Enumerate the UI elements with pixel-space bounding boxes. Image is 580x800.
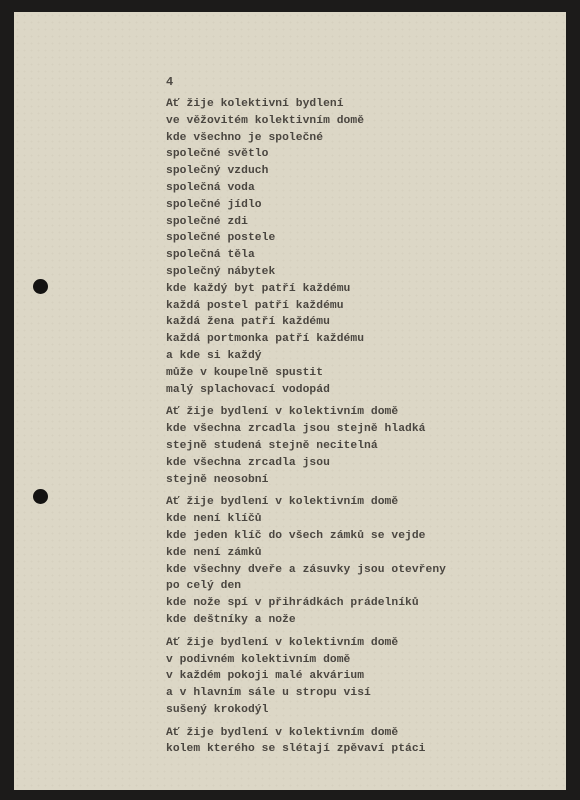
poem-line: každá žena patří každému — [166, 314, 446, 331]
poem-line: kolem kterého se slétají zpěvaví ptáci — [166, 741, 446, 758]
poem-line: ve věžovitém kolektivním domě — [166, 113, 446, 130]
typewritten-page: 4 Ať žije kolektivní bydleníve věžovitém… — [14, 12, 566, 790]
poem-line: Ať žije bydlení v kolektivním domě — [166, 494, 446, 511]
poem-line: každá portmonka patří každému — [166, 331, 446, 348]
punch-hole — [33, 279, 48, 294]
poem-line: společné jídlo — [166, 197, 446, 214]
poem-line: společný vzduch — [166, 163, 446, 180]
poem-line: Ať žije bydlení v kolektivním domě — [166, 635, 446, 652]
poem-line: kde deštníky a nože — [166, 612, 446, 629]
poem-line: kde nože spí v přihrádkách prádelníků — [166, 595, 446, 612]
page-number: 4 — [166, 75, 173, 89]
punch-hole — [33, 489, 48, 504]
poem-line: Ať žije bydlení v kolektivním domě — [166, 404, 446, 421]
poem-line: kde každý byt patří každému — [166, 281, 446, 298]
poem-line: kde není klíčů — [166, 511, 446, 528]
poem-line: každá postel patří každému — [166, 298, 446, 315]
poem-line: malý splachovací vodopád — [166, 382, 446, 399]
poem-line: stejně neosobní — [166, 472, 446, 489]
poem-line: kde všechno je společné — [166, 130, 446, 147]
poem-line: Ať žije bydlení v kolektivním domě — [166, 725, 446, 742]
poem-line: společná těla — [166, 247, 446, 264]
poem-line: v každém pokoji malé akvárium — [166, 668, 446, 685]
stanza: Ať žije bydlení v kolektivním doměv podi… — [166, 635, 446, 719]
stanza: Ať žije bydlení v kolektivním doměkde vš… — [166, 404, 446, 488]
poem-line: sušený krokodýl — [166, 702, 446, 719]
stanza: Ať žije kolektivní bydleníve věžovitém k… — [166, 96, 446, 398]
stanza: Ať žije bydlení v kolektivním doměkde ne… — [166, 494, 446, 628]
poem-line: v podivném kolektivním domě — [166, 652, 446, 669]
poem-text: Ať žije kolektivní bydleníve věžovitém k… — [166, 96, 446, 764]
poem-line: Ať žije kolektivní bydlení — [166, 96, 446, 113]
poem-line: společné světlo — [166, 146, 446, 163]
poem-line: může v koupelně spustit — [166, 365, 446, 382]
poem-line: kde všechny dveře a zásuvky jsou otevřen… — [166, 562, 446, 579]
poem-line: kde jeden klíč do všech zámků se vejde — [166, 528, 446, 545]
poem-line: kde všechna zrcadla jsou — [166, 455, 446, 472]
poem-line: společný nábytek — [166, 264, 446, 281]
poem-line: společné postele — [166, 230, 446, 247]
poem-line: a v hlavním sále u stropu visí — [166, 685, 446, 702]
poem-line: společné zdi — [166, 214, 446, 231]
poem-line: stejně studená stejně necitelná — [166, 438, 446, 455]
poem-line: kde všechna zrcadla jsou stejně hladká — [166, 421, 446, 438]
poem-line: po celý den — [166, 578, 446, 595]
stanza: Ať žije bydlení v kolektivním doměkolem … — [166, 725, 446, 759]
poem-line: kde není zámků — [166, 545, 446, 562]
poem-line: společná voda — [166, 180, 446, 197]
poem-line: a kde si každý — [166, 348, 446, 365]
